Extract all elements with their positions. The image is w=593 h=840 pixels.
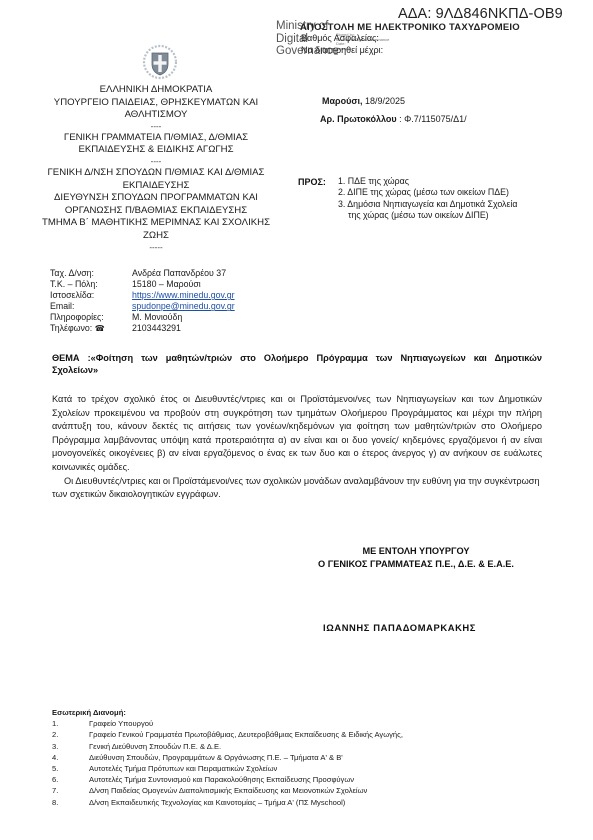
contact-row: Πληροφορίες: Μ. Μονιούδη <box>50 312 235 323</box>
distribution-title: Εσωτερική Διανομή: <box>52 707 403 718</box>
contact-row: Τηλέφωνο: ☎ 2103443291 <box>50 323 235 334</box>
date-value: 18/9/2025 <box>363 96 406 106</box>
document-subject: ΘΕΜΑ :«Φοίτηση των μαθητών/τριών στο Ολο… <box>52 352 542 376</box>
signature-title-line: Ο ΓΕΝΙΚΟΣ ΓΡΑΜΜΑΤΕΑΣ Π.Ε., Δ.Ε. & Ε.Α.Ε. <box>296 558 536 571</box>
contact-row: Ιστοσελίδα: https://www.minedu.gov.gr <box>50 290 235 301</box>
address-value: Ανδρέα Παπανδρέου 37 <box>132 268 226 279</box>
phone-icon: ☎ <box>95 324 105 333</box>
distribution-item: 1.Γραφείο Υπουργού <box>52 718 403 729</box>
protocol-number: Αρ. Πρωτοκόλλου : Φ.7/115075/Δ1/ <box>320 114 467 124</box>
distribution-item: 8.Δ/νση Εκπαιδευτικής Τεχνολογίας και Κα… <box>52 797 403 808</box>
protocol-value: : Φ.7/115075/Δ1/ <box>397 114 467 124</box>
body-paragraph: Κατά το τρέχον σχολικό έτος οι Διευθυντέ… <box>52 393 542 475</box>
document-date: Μαρούσι, 18/9/2025 <box>322 96 405 106</box>
website-link[interactable]: https://www.minedu.gov.gr <box>132 290 235 301</box>
greek-coat-of-arms-icon <box>142 44 178 80</box>
distribution-item: 2.Γραφείο Γενικού Γραμματέα Πρωτοβάθμιας… <box>52 729 403 740</box>
place-label: Μαρούσι, <box>322 96 363 106</box>
contact-details: Ταχ. Δ/νση: Ανδρέα Παπανδρέου 37 Τ.Κ. – … <box>50 268 235 335</box>
body-paragraph: Οι Διευθυντές/ντριες και οι Προϊστάμενοι… <box>52 475 542 502</box>
postcode-city-label: Τ.Κ. – Πόλη: <box>50 279 132 290</box>
distribution-item: 5.Αυτοτελές Τμήμα Πρότυπων και Πειραματι… <box>52 763 403 774</box>
issuer-header: ΕΛΛΗΝΙΚΗ ΔΗΜΟΚΡΑΤΙΑ ΥΠΟΥΡΓΕΙΟ ΠΑΙΔΕΙΑΣ, … <box>40 84 272 253</box>
ada-code: ΑΔΑ: 9ΛΔ846ΝΚΠΔ-ΟΒ9 <box>398 6 563 22</box>
recipient-item: 2. ΔΙΠΕ της χώρας (μέσω των οικείων ΠΔΕ) <box>338 187 517 198</box>
separator: ---- <box>40 157 272 167</box>
retain-until-label: Να διατηρηθεί μέχρι: <box>300 45 520 56</box>
email-link[interactable]: spudonpe@minedu.gov.gr <box>132 301 235 312</box>
internal-distribution: Εσωτερική Διανομή: 1.Γραφείο Υπουργού 2.… <box>52 707 403 808</box>
signer-name: ΙΩΑΝΝΗΣ ΠΑΠΑΔΟΜΑΡΚΑΚΗΣ <box>323 622 476 633</box>
protocol-label: Αρ. Πρωτοκόλλου <box>320 114 397 124</box>
signature-authority-line: ΜΕ ΕΝΤΟΛΗ ΥΠΟΥΡΓΟΥ <box>296 545 536 558</box>
address-label: Ταχ. Δ/νση: <box>50 268 132 279</box>
phone-label: Τηλέφωνο: <box>50 323 92 333</box>
separator: ---- <box>40 122 272 132</box>
phone-value: 2103443291 <box>132 323 181 334</box>
security-level-label: Βαθμός Ασφαλείας: <box>300 33 520 44</box>
contact-row: Τ.Κ. – Πόλη: 15180 – Μαρούσι <box>50 279 235 290</box>
distribution-item: 7.Δ/νση Παιδείας Ομογενών Διαπολιτισμική… <box>52 785 403 796</box>
recipient-item: 1. ΠΔΕ της χώρας <box>338 176 517 187</box>
info-contact-name: Μ. Μονιούδη <box>132 312 182 323</box>
dispatch-meta: ΑΠΟΣΤΟΛΗ ΜΕ ΗΛΕΚΤΡΟΝΙΚΟ ΤΑΧΥΔΡΟΜΕΙΟ Βαθμ… <box>300 22 520 56</box>
info-label: Πληροφορίες: <box>50 312 132 323</box>
recipient-item-continuation: της χώρας (μέσω των οικείων ΔΙΠΕ) <box>338 210 517 221</box>
recipient-item: 3. Δημόσια Νηπιαγωγεία και Δημοτικά Σχολ… <box>338 199 517 210</box>
postcode-city-value: 15180 – Μαρούσι <box>132 279 201 290</box>
contact-row: Email: spudonpe@minedu.gov.gr <box>50 301 235 312</box>
document-body: Κατά το τρέχον σχολικό έτος οι Διευθυντέ… <box>52 393 542 502</box>
distribution-item: 6.Αυτοτελές Τμήμα Συντονισμού και Παρακο… <box>52 774 403 785</box>
website-label: Ιστοσελίδα: <box>50 290 132 301</box>
separator: ----- <box>40 243 272 253</box>
distribution-item: 4.Διεύθυνση Σπουδών, Προγραμμάτων & Οργά… <box>52 752 403 763</box>
dispatch-title: ΑΠΟΣΤΟΛΗ ΜΕ ΗΛΕΚΤΡΟΝΙΚΟ ΤΑΧΥΔΡΟΜΕΙΟ <box>300 22 520 33</box>
signature-block: ΜΕ ΕΝΤΟΛΗ ΥΠΟΥΡΓΟΥ Ο ΓΕΝΙΚΟΣ ΓΡΑΜΜΑΤΕΑΣ … <box>296 545 536 570</box>
recipients-label: ΠΡΟΣ: <box>298 177 326 187</box>
distribution-item: 3.Γενική Διεύθυνση Σπουδών Π.Ε. & Δ.Ε. <box>52 741 403 752</box>
recipients-list: 1. ΠΔΕ της χώρας 2. ΔΙΠΕ της χώρας (μέσω… <box>338 176 517 221</box>
contact-row: Ταχ. Δ/νση: Ανδρέα Παπανδρέου 37 <box>50 268 235 279</box>
email-label: Email: <box>50 301 132 312</box>
